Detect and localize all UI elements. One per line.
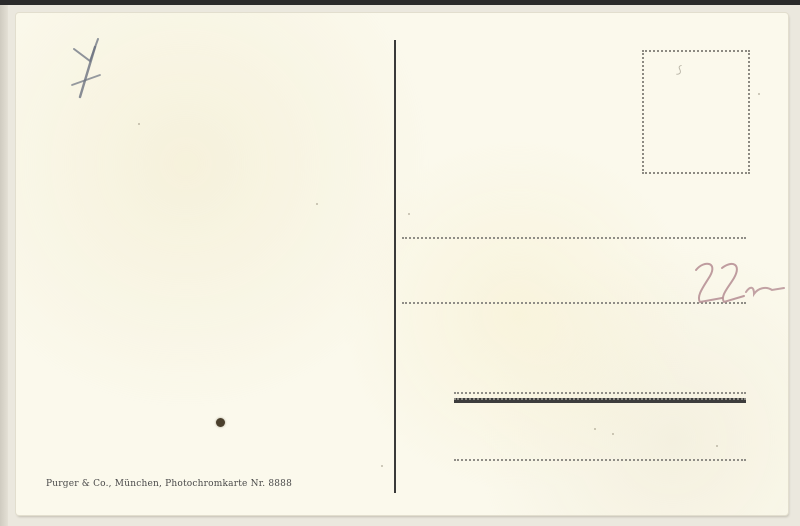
paper-speck <box>316 203 318 205</box>
postcard-back: 7 ꠹ 22r Purger & Co., München, Photochro… <box>16 13 788 515</box>
stamp-box-mark-icon: ꠹ <box>678 62 682 77</box>
scan-top-edge <box>0 0 800 5</box>
pencil-annotation-icon <box>68 35 108 101</box>
paper-speck <box>612 433 614 435</box>
paper-speck <box>381 465 383 467</box>
publisher-imprint: Purger & Co., München, Photochromkarte N… <box>46 479 292 489</box>
address-line-3 <box>454 392 746 394</box>
address-line-1 <box>402 237 746 239</box>
paper-speck <box>758 93 760 95</box>
handwritten-annotation-icon <box>688 258 788 308</box>
address-line-4 <box>454 459 746 461</box>
scan-left-edge <box>0 5 8 526</box>
paper-speck <box>716 445 718 447</box>
paper-speck <box>594 428 596 430</box>
stamp-box: ꠹ <box>642 50 750 174</box>
ink-spot <box>216 418 225 427</box>
message-address-divider <box>394 40 396 493</box>
paper-speck <box>408 213 410 215</box>
postcard-scan: 7 ꠹ 22r Purger & Co., München, Photochro… <box>0 0 800 526</box>
address-line-3-underline <box>454 398 746 403</box>
paper-speck <box>138 123 140 125</box>
